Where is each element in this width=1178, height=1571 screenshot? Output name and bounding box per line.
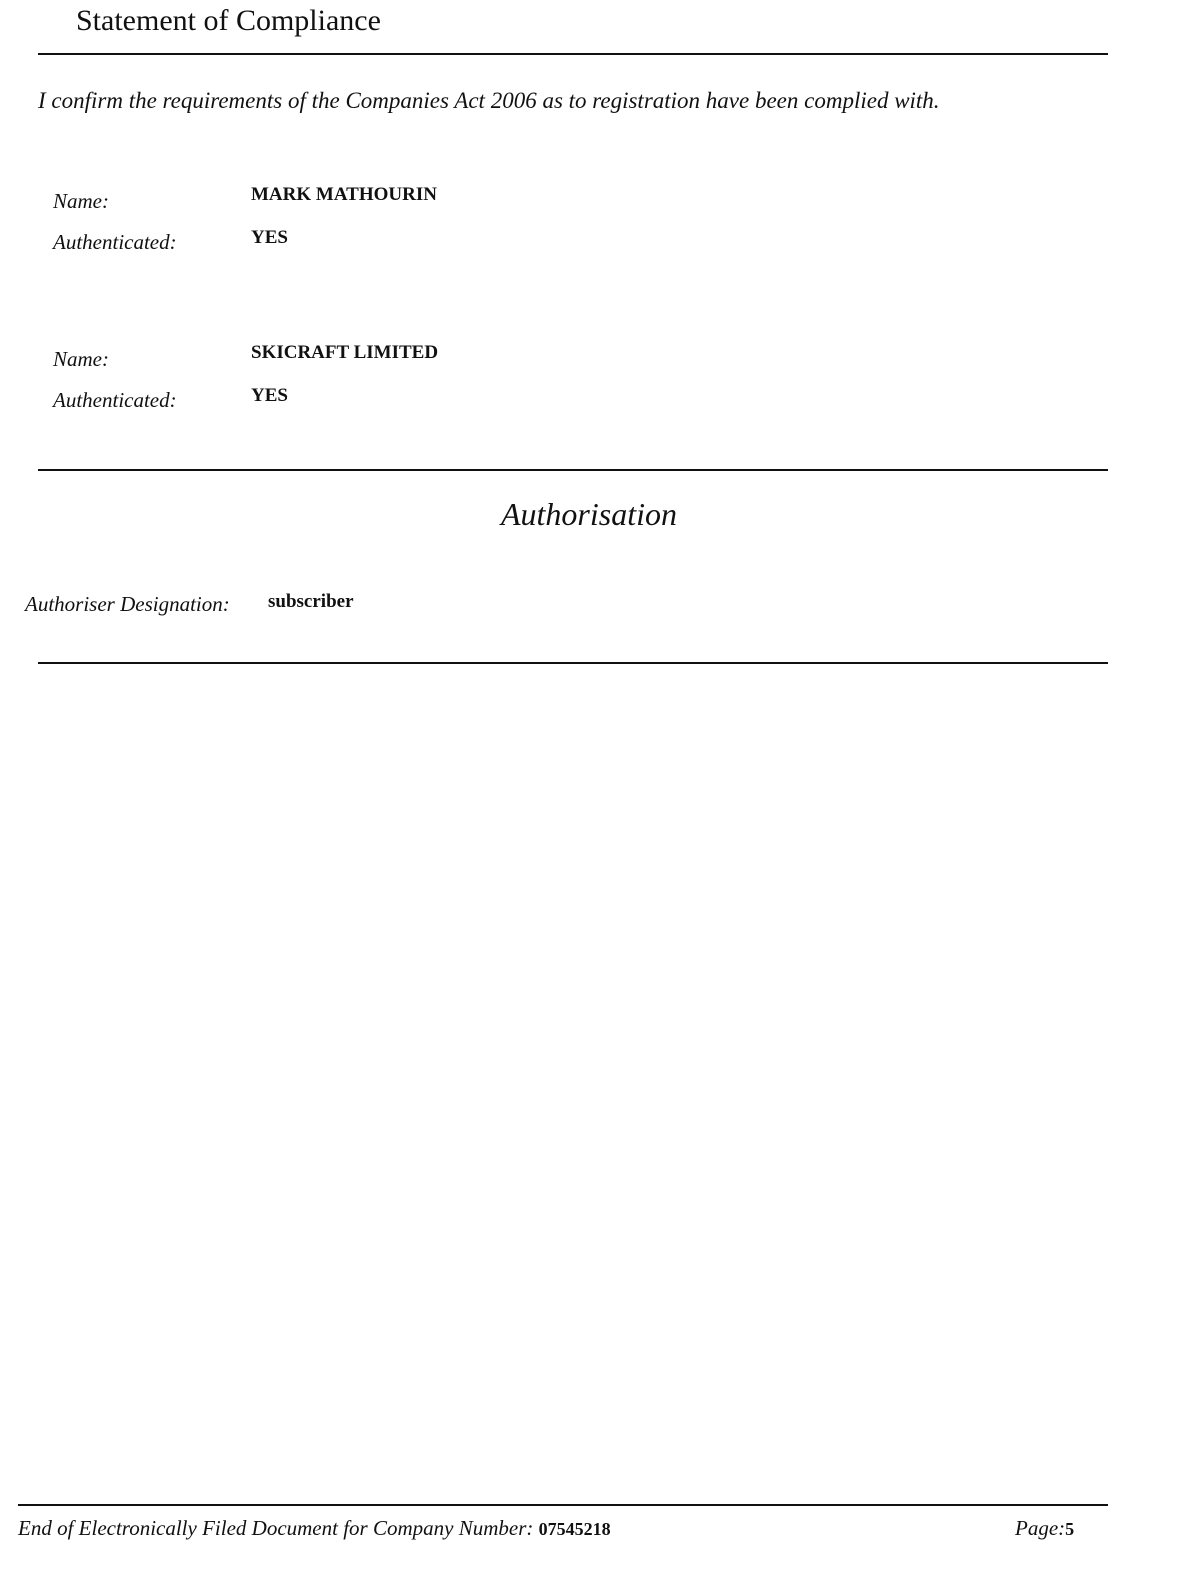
name-label: Name: [53, 347, 109, 372]
divider [38, 469, 1108, 471]
footer-divider [18, 1504, 1108, 1506]
name-label: Name: [53, 189, 109, 214]
authoriser-designation-value: subscriber [268, 591, 354, 613]
page-label: Page: [1015, 1516, 1065, 1540]
authenticated-value: YES [251, 227, 288, 249]
name-value: MARK MATHOURIN [251, 184, 437, 206]
page-number: 5 [1065, 1519, 1074, 1539]
name-value: SKICRAFT LIMITED [251, 342, 438, 364]
section-title-statement-of-compliance: Statement of Compliance [76, 4, 381, 38]
compliance-statement: I confirm the requirements of the Compan… [38, 88, 940, 114]
section-title-authorisation: Authorisation [0, 496, 1178, 533]
authenticated-value: YES [251, 385, 288, 407]
footer-note: End of Electronically Filed Document for… [18, 1516, 611, 1541]
company-number: 07545218 [539, 1519, 611, 1539]
page-indicator: Page:5 [1015, 1516, 1074, 1541]
authoriser-designation-label: Authoriser Designation: [25, 592, 230, 617]
authenticated-label: Authenticated: [53, 230, 177, 255]
footer-text: End of Electronically Filed Document for… [18, 1516, 533, 1540]
divider [38, 662, 1108, 664]
authenticated-label: Authenticated: [53, 388, 177, 413]
divider [38, 53, 1108, 55]
